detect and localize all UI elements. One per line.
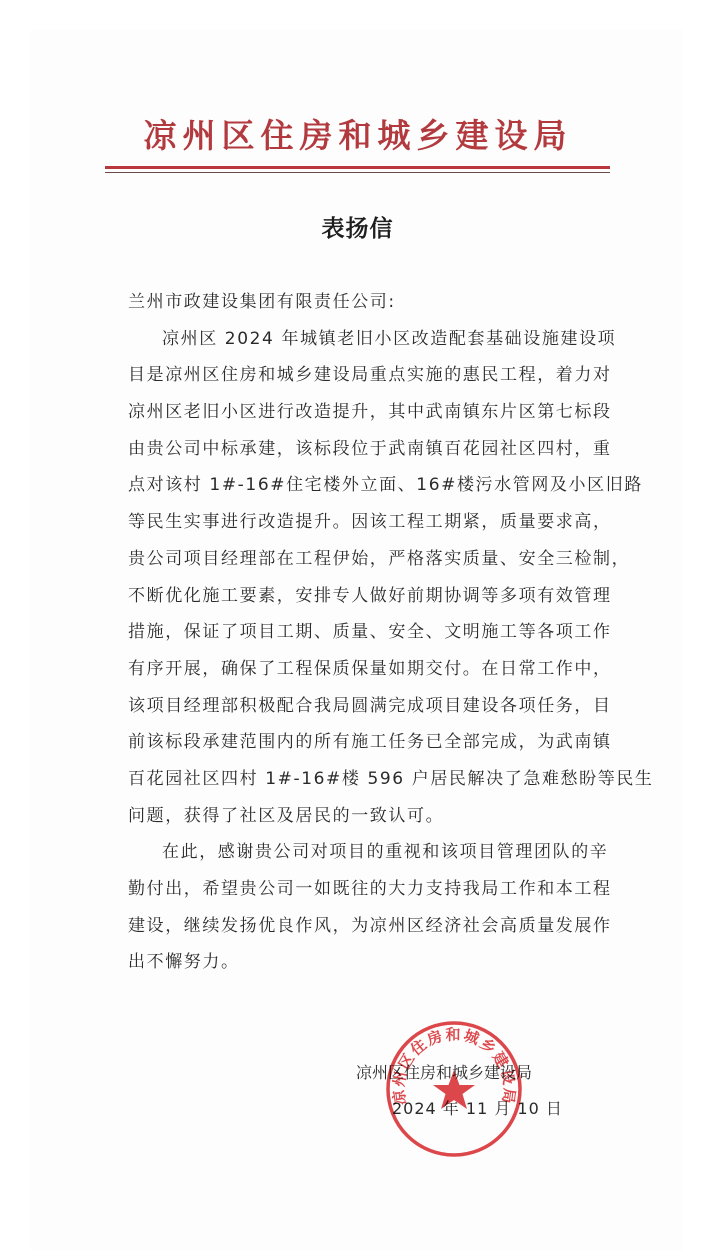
letter-body: 兰州市政建设集团有限责任公司: 凉州区 2024 年城镇老旧小区改造配套基础设施… [128, 284, 603, 981]
paragraph-line: 目是凉州区住房和城乡建设局重点实施的惠民工程，着力对 [128, 357, 603, 394]
document-title: 表扬信 [0, 210, 715, 243]
official-seal: 凉州区住房和城乡建设局 [383, 1018, 525, 1160]
paragraph-line: 措施，保证了项目工期、质量、安全、文明施工等各项工作 [128, 614, 603, 651]
paragraph-line: 凉州区 2024 年城镇老旧小区改造配套基础设施建设项 [128, 321, 603, 358]
paragraph-line: 点对该村 1#-16#住宅楼外立面、16#楼污水管网及小区旧路 [128, 467, 603, 504]
paragraph-2: 在此，感谢贵公司对项目的重视和该项目管理团队的辛 勤付出，希望贵公司一如既往的大… [128, 834, 603, 981]
paragraph-line: 出不懈努力。 [128, 944, 603, 981]
paragraph-line: 问题，获得了社区及居民的一致认可。 [128, 798, 603, 835]
paragraph-line: 在此，感谢贵公司对项目的重视和该项目管理团队的辛 [128, 834, 603, 871]
paragraph-line: 有序开展，确保了工程保质保量如期交付。在日常工作中， [128, 651, 603, 688]
paragraph-line: 由贵公司中标承建，该标段位于武南镇百花园社区四村，重 [128, 431, 603, 468]
paragraph-line: 贵公司项目经理部在工程伊始，严格落实质量、安全三检制， [128, 541, 603, 578]
paragraph-line: 勤付出，希望贵公司一如既往的大力支持我局工作和本工程 [128, 871, 603, 908]
paragraph-1: 凉州区 2024 年城镇老旧小区改造配套基础设施建设项 目是凉州区住房和城乡建设… [128, 321, 603, 835]
letterhead-red-rule [105, 166, 610, 169]
paragraph-line: 百花园社区四村 1#-16#楼 596 户居民解决了急难愁盼等民生 [128, 761, 603, 798]
letterhead-thin-rule [105, 172, 610, 173]
paragraph-line: 凉州区老旧小区进行改造提升，其中武南镇东片区第七标段 [128, 394, 603, 431]
paragraph-line: 不断优化施工要素，安排专人做好前期协调等多项有效管理 [128, 578, 603, 615]
paragraph-line: 该项目经理部积极配合我局圆满完成项目建设各项任务，目 [128, 688, 603, 725]
star-icon [433, 1070, 475, 1109]
paragraph-line: 等民生实事进行改造提升。因该工程工期紧，质量要求高， [128, 504, 603, 541]
salutation: 兰州市政建设集团有限责任公司: [128, 284, 603, 321]
paragraph-line: 前该标段承建范围内的所有施工任务已全部完成，为武南镇 [128, 724, 603, 761]
paragraph-line: 建设，继续发扬优良作风，为凉州区经济社会高质量发展作 [128, 908, 603, 945]
letterhead-title: 凉州区住房和城乡建设局 [106, 112, 610, 160]
